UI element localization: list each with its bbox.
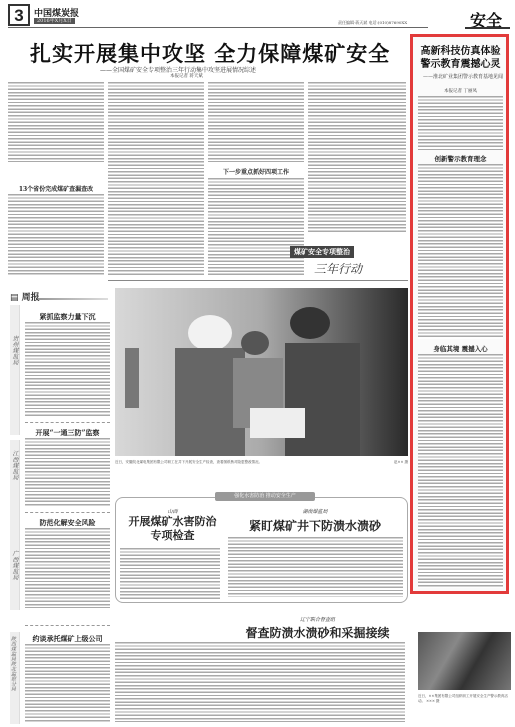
article-body bbox=[228, 537, 403, 597]
masthead-rule bbox=[8, 27, 428, 28]
lead-photo[interactable] bbox=[115, 288, 408, 456]
article-body bbox=[120, 548, 220, 600]
lead-body-col4 bbox=[308, 82, 406, 232]
lead-body-col1b bbox=[8, 194, 104, 276]
roundup-body bbox=[25, 528, 110, 608]
section-divider bbox=[108, 280, 408, 281]
divider bbox=[25, 625, 110, 626]
banner-script: 三年行动 bbox=[314, 262, 362, 276]
banner-tag: 煤矿安全专项整治 bbox=[290, 246, 354, 258]
lead-body-col2 bbox=[108, 82, 204, 276]
roundup-title[interactable]: 开展“一通三防”监察 bbox=[25, 428, 110, 438]
sidebar-subhead-2: 身临其境 震撼入心 bbox=[418, 344, 503, 353]
roundup-body bbox=[25, 644, 110, 722]
region-bar: 陕西煤监局陕北监察分局 bbox=[10, 632, 20, 724]
editor-line: 责任编辑·蒋天斌 电话:(010)87690XX bbox=[338, 20, 407, 26]
article-region: 湖南煤监局 bbox=[225, 508, 405, 515]
sidebar-body bbox=[418, 96, 503, 150]
divider bbox=[25, 512, 110, 513]
roundup-body bbox=[25, 438, 110, 506]
divider bbox=[25, 422, 110, 423]
article-region: 辽宁联合督查组 bbox=[230, 616, 405, 623]
sidebar-body bbox=[418, 354, 503, 588]
lead-subhead-1: 13个省份完成煤矿查漏查改 bbox=[8, 184, 104, 193]
roundup-title[interactable]: 防范化解安全风险 bbox=[25, 518, 110, 528]
sidebar-photo-caption: 近日，××集团有限公司组织职工开展安全生产警示教育活动。 ××× 摄 bbox=[418, 694, 511, 704]
article-title[interactable]: 开展煤矿水害防治专项检查 bbox=[125, 515, 220, 543]
miners-photo-icon bbox=[115, 288, 408, 456]
region-bar: 广西煤监局 bbox=[10, 520, 20, 610]
article-title[interactable]: 紧盯煤矿井下防溃水溃砂 bbox=[225, 517, 405, 534]
lead-byline: 本报记者 蒋天斌 bbox=[170, 73, 203, 79]
lead-body-col1 bbox=[8, 82, 104, 162]
lead-body-col3 bbox=[208, 82, 304, 162]
region-bar: 贵州煤监局 bbox=[10, 305, 20, 435]
roundup-body bbox=[25, 322, 110, 417]
lead-subhead-2: 下一步重点抓好四项工作 bbox=[208, 167, 304, 176]
section-rule bbox=[465, 27, 510, 29]
article-region: 山西 bbox=[125, 508, 220, 515]
roundup-title[interactable]: 约谈承托煤矿上级公司 bbox=[25, 634, 110, 644]
box-tag: 强化水害防治 推动安全生产 bbox=[215, 492, 315, 501]
photo-caption: 近日，安徽皖北煤电集团有限公司职工在井下开展安全生产检查，查看图纸核对隐患整改情… bbox=[115, 460, 408, 465]
sidebar-body bbox=[418, 164, 503, 339]
sidebar-subhead-1: 创新警示教育理念 bbox=[418, 154, 503, 163]
lead-headline[interactable]: 扎实开展集中攻坚 全力保障煤矿安全 bbox=[30, 38, 390, 68]
roundup-title[interactable]: 紧抓监察力量下沉 bbox=[25, 312, 110, 322]
sidebar-title[interactable]: 高新科技仿真体验警示教育震撼心灵 bbox=[418, 45, 503, 71]
sidebar-subtitle: ——淮北矿业集团警示教育基地见闻 bbox=[418, 73, 503, 80]
roundup-rule bbox=[38, 298, 108, 300]
roundup-header: ▤ 周报 bbox=[10, 290, 40, 303]
paper-date: 2016年X月X日 bbox=[34, 18, 75, 24]
sidebar-byline: 本报记者 丁丽凤 bbox=[418, 88, 503, 94]
sidebar-photo[interactable] bbox=[418, 632, 511, 690]
page-number: 3 bbox=[8, 4, 30, 26]
article-body bbox=[115, 642, 405, 722]
campaign-banner: 煤矿安全专项整治 三年行动 bbox=[290, 239, 405, 265]
article-title[interactable]: 督查防溃水溃砂和采掘接续 bbox=[230, 624, 405, 641]
